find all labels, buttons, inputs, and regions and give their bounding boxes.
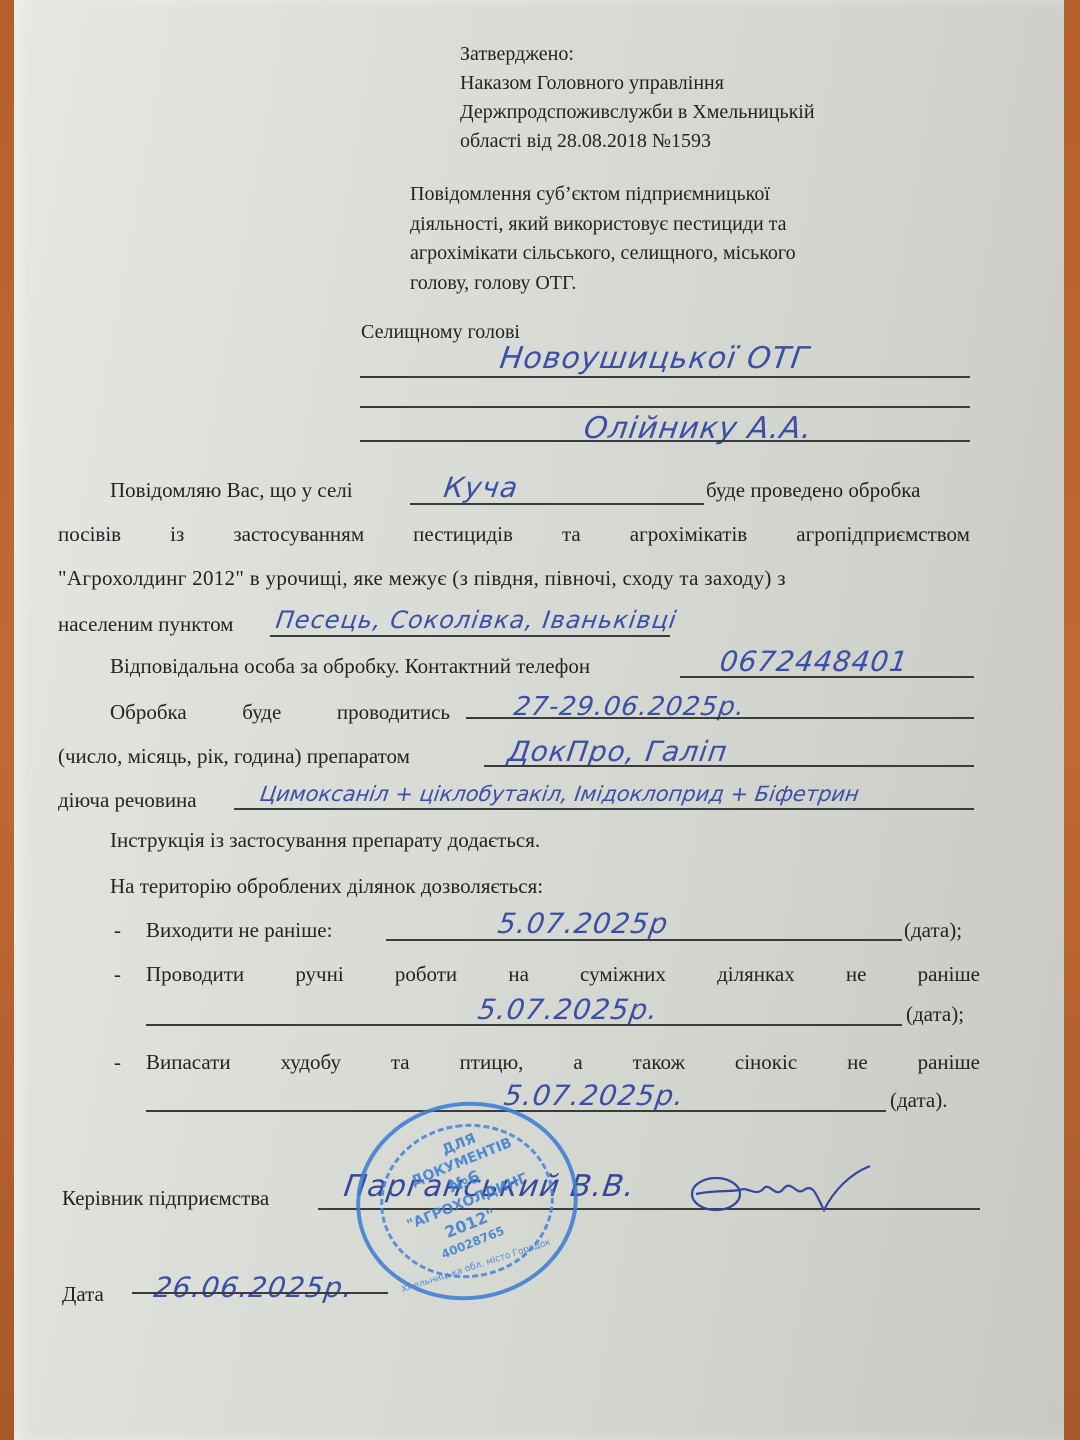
restriction-2-suffix: (дата);	[906, 1004, 964, 1025]
notice-intro-end: буде проведено обробка	[706, 480, 920, 501]
restriction-bullet: -	[114, 1052, 121, 1073]
phone-label: Відповідальна особа за обробку. Контактн…	[110, 656, 590, 677]
allowed-intro: На територію оброблених ділянок дозволяє…	[110, 876, 543, 897]
settlements-line	[270, 635, 670, 637]
head-label: Керівник підприємства	[62, 1188, 269, 1209]
restriction-3-label: Випасати худобу та птицю, а також сінокі…	[146, 1052, 980, 1073]
document-page: Затверджено: Наказом Головного управлінн…	[14, 0, 1064, 1440]
restriction-bullet: -	[114, 920, 121, 941]
approval-block: Затверджено: Наказом Головного управлінн…	[460, 40, 920, 156]
company-stamp: ДЛЯ ДОКУМЕНТІВ №6 "АГРОХОЛДИНГ 2012" 400…	[343, 1088, 590, 1315]
date-field: 26.06.2025р.	[152, 1274, 355, 1302]
notice-line-3: "Агрохолдинг 2012" в урочищі, яке межує …	[58, 568, 970, 589]
settlements-label: населеним пунктом	[58, 614, 233, 635]
restriction-3-suffix: (дата).	[890, 1090, 947, 1111]
title-line: діяльності, який використовує пестициди …	[410, 210, 910, 240]
restriction-1-label: Виходити не раніше:	[146, 920, 332, 941]
approval-line: Держпродспоживслужби в Хмельницькій	[460, 98, 920, 127]
restriction-2-date: 5.07.2025р.	[476, 996, 660, 1024]
restriction-1-line	[386, 939, 902, 941]
title-line: Повідомлення суб’єктом підприємницької	[410, 180, 910, 210]
restriction-3-date: 5.07.2025р.	[502, 1082, 686, 1110]
settlements-field: Песець, Соколівка, Іваньківці	[274, 608, 678, 632]
restriction-2-label: Проводити ручні роботи на суміжних ділян…	[146, 964, 980, 985]
approval-line: Затверджено:	[460, 40, 920, 69]
restriction-1-suffix: (дата);	[904, 920, 962, 941]
substance-field: Цимоксаніл + ціклобутакіл, Імідоклоприд …	[259, 784, 861, 805]
addressee-label: Селищному голові	[361, 322, 520, 342]
restriction-2-line	[146, 1024, 902, 1026]
village-field: Куча	[442, 474, 520, 502]
addressee-line-1	[360, 376, 970, 378]
document-title: Повідомлення суб’єктом підприємницької д…	[410, 180, 910, 298]
product-label: (число, місяць, рік, година) препаратом	[58, 746, 410, 767]
product-field: ДокПро, Галіп	[506, 738, 729, 766]
title-line: агрохімікати сільського, селищного, місь…	[410, 239, 910, 269]
product-line	[484, 765, 974, 767]
period-line	[466, 717, 974, 719]
substance-line	[234, 808, 974, 810]
restriction-bullet: -	[114, 964, 121, 985]
addressee-line-3	[360, 440, 970, 442]
instruction-text: Інструкція із застосування препарату дод…	[110, 830, 540, 851]
date-label: Дата	[62, 1284, 104, 1305]
period-label: Обробка буде проводитись	[110, 702, 450, 723]
approval-line: Наказом Головного управління	[460, 69, 920, 98]
phone-field: 0672448401	[718, 648, 910, 676]
addressee-line-2	[360, 406, 970, 408]
signature-icon	[684, 1160, 874, 1220]
title-line: голову, голову ОТГ.	[410, 269, 910, 299]
notice-line-2: посівів із застосуванням пестицидів та а…	[58, 524, 970, 545]
addressee-community: Новоушицької ОТГ	[498, 344, 811, 374]
substance-label: діюча речовина	[58, 790, 197, 811]
village-line	[410, 503, 704, 505]
phone-line	[680, 676, 974, 678]
date-line	[132, 1292, 388, 1294]
notice-intro: Повідомляю Вас, що у селі	[110, 480, 353, 501]
approval-line: області від 28.08.2018 №1593	[460, 127, 920, 156]
restriction-1-date: 5.07.2025р	[496, 910, 670, 938]
